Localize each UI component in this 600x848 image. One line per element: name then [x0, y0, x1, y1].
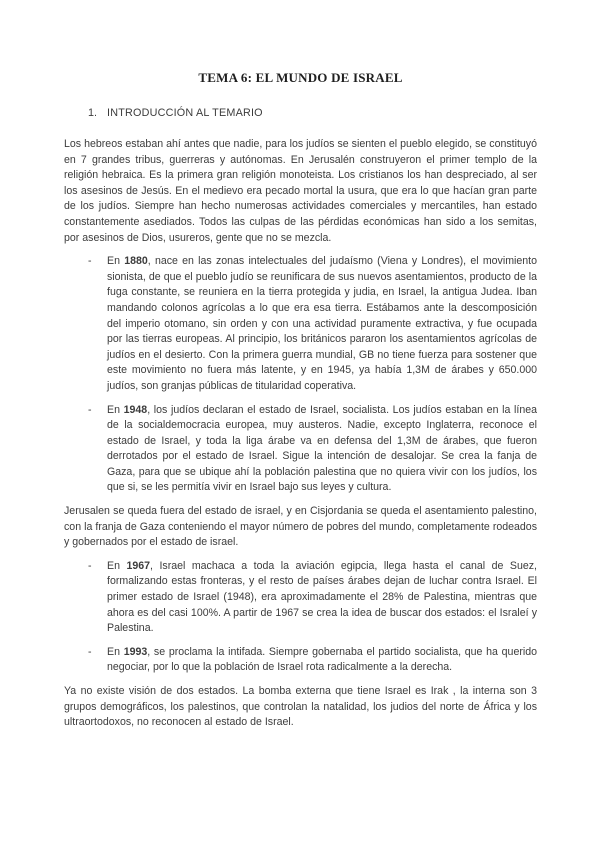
document-page: TEMA 6: EL MUNDO DE ISRAEL 1. INTRODUCCI…	[0, 0, 600, 848]
paragraph-text: Ya no existe visión de dos estados. La b…	[64, 685, 537, 728]
bullet-dash: -	[88, 559, 92, 575]
paragraph: Jerusalen se queda fuera del estado de i…	[64, 504, 537, 551]
bullet-text: En 1948, los judíos declaran el estado d…	[107, 404, 537, 494]
section-title: INTRODUCCIÓN AL TEMARIO	[107, 106, 263, 121]
paragraph: Los hebreos estaban ahí antes que nadie,…	[64, 137, 537, 246]
bullet-text: En 1880, nace en las zonas intelectuales…	[107, 255, 537, 392]
bullet-item: -En 1880, nace en las zonas intelectuale…	[64, 254, 537, 394]
document-body: Los hebreos estaban ahí antes que nadie,…	[64, 137, 537, 731]
section-heading: 1. INTRODUCCIÓN AL TEMARIO	[64, 106, 537, 121]
bullet-dash: -	[88, 645, 92, 661]
bullet-dash: -	[88, 254, 92, 270]
bullet-text: En 1967, Israel machaca a toda la aviaci…	[107, 560, 537, 634]
paragraph: Ya no existe visión de dos estados. La b…	[64, 684, 537, 731]
bullet-item: -En 1967, Israel machaca a toda la aviac…	[64, 559, 537, 637]
document-title: TEMA 6: EL MUNDO DE ISRAEL	[64, 70, 537, 85]
paragraph-text: Jerusalen se queda fuera del estado de i…	[64, 505, 537, 548]
bullet-item: -En 1993, se proclama la intifada. Siemp…	[64, 645, 537, 676]
bullet-item: -En 1948, los judíos declaran el estado …	[64, 403, 537, 497]
bullet-dash: -	[88, 403, 92, 419]
paragraph-text: Los hebreos estaban ahí antes que nadie,…	[64, 138, 537, 244]
section-number: 1.	[88, 106, 107, 121]
bullet-text: En 1993, se proclama la intifada. Siempr…	[107, 646, 537, 674]
